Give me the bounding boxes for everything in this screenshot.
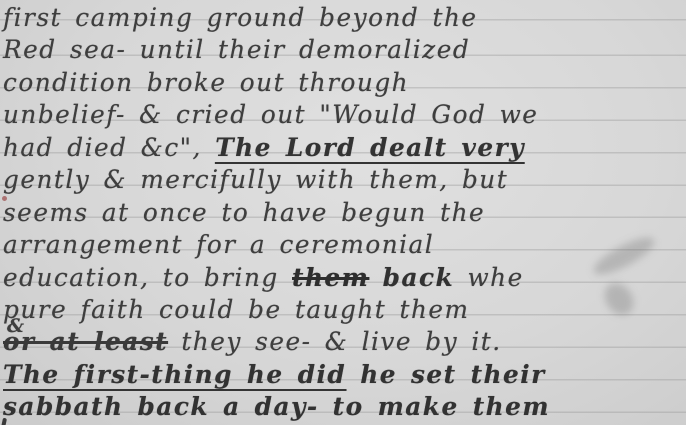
handwriting-segment: Red sea- until their demoralized bbox=[3, 35, 470, 64]
manuscript-line: Red sea- until their demoralized bbox=[3, 34, 679, 66]
manuscript-line: had died &c", The Lord dealt very bbox=[3, 132, 679, 164]
handwriting-segment: whe bbox=[454, 263, 524, 292]
handwriting-segment-emphasis: he set their bbox=[346, 360, 546, 389]
manuscript-line: arrangement for a ceremonial bbox=[3, 229, 679, 261]
handwriting-segment: seems at once to have begun the bbox=[3, 198, 485, 227]
manuscript-line: first camping ground beyond the bbox=[3, 2, 679, 34]
manuscript-line: sabbath back a day- to make them bbox=[3, 391, 679, 423]
manuscript-line: seems at once to have begun the bbox=[3, 197, 679, 229]
manuscript-line: &or at least they see- & live by it. bbox=[3, 326, 679, 358]
handwriting-segment: education, to bring bbox=[3, 263, 292, 292]
manuscript-line: condition broke out through bbox=[3, 67, 679, 99]
handwriting-segment-overwritten: them bbox=[292, 263, 369, 292]
handwriting-segment-emphasis: back bbox=[383, 263, 455, 292]
handwriting-segment: pure faith could be taught them bbox=[3, 295, 469, 324]
handwriting-segment-insertion: & bbox=[7, 317, 25, 336]
manuscript-line: gently & mercifully with them, but bbox=[3, 164, 679, 196]
handwriting-segment: gently & mercifully with them, but bbox=[3, 165, 508, 194]
handwriting-segment-underline: The first-thing he did bbox=[3, 360, 346, 391]
handwriting-segment: had died &c", bbox=[3, 133, 215, 162]
manuscript-line: unbelief- & cried out "Would God we bbox=[3, 99, 679, 131]
paper-speck bbox=[2, 196, 7, 201]
handwriting-segment-emphasis: sabbath back a day- to make them bbox=[3, 392, 550, 421]
handwriting-segment: first camping ground beyond the bbox=[3, 3, 478, 32]
handwriting-segment: arrangement for a ceremonial bbox=[3, 230, 434, 259]
handwriting-segment: condition broke out through bbox=[3, 68, 409, 97]
handwriting-segment: they see- & live by it. bbox=[168, 327, 502, 356]
handwriting-segment-strikethrough: or at least bbox=[3, 327, 168, 356]
handwritten-text-block: first camping ground beyond theRed sea- … bbox=[0, 0, 686, 425]
manuscript-line: The first-thing he did he set their bbox=[3, 359, 679, 391]
handwriting-segment bbox=[369, 263, 382, 292]
handwriting-segment: unbelief- & cried out "Would God we bbox=[3, 100, 538, 129]
manuscript-line: pure faith could be taught them bbox=[3, 294, 679, 326]
manuscript-page: first camping ground beyond theRed sea- … bbox=[0, 0, 686, 425]
manuscript-line: education, to bring them back whe bbox=[3, 262, 679, 294]
handwriting-segment-underline: The Lord dealt very bbox=[215, 133, 525, 164]
